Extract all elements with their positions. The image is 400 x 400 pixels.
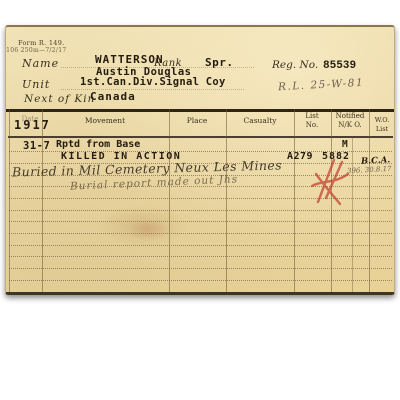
col-line <box>169 109 170 293</box>
next-of-kin-value: Canada <box>90 90 136 103</box>
record-card: Form R. 149. 7106 250m—7/2/17 Reg. No. 8… <box>5 25 395 295</box>
next-of-kin-label: Next of Kin <box>24 93 95 105</box>
col-header-movement: Movement <box>85 116 125 125</box>
row-rule <box>9 221 392 222</box>
col-header-place: Place <box>187 116 208 125</box>
table-header-underline <box>8 136 393 138</box>
stain <box>98 205 188 247</box>
col-line <box>42 109 43 293</box>
row1-notified: M <box>342 139 348 150</box>
file-reference: R.L. 25-W-81 <box>278 77 365 93</box>
row1-movement: Rptd from Base <box>56 139 140 150</box>
unit-label: Unit <box>22 78 50 91</box>
col-line <box>294 109 295 293</box>
col-header-notified-line2: N/K O. <box>336 121 365 130</box>
reg-no-line: Reg. No. 85539 <box>272 53 356 72</box>
col-header-casualty: Casualty <box>243 116 276 125</box>
row-rule <box>9 210 392 211</box>
print-code: 7106 250m—7/2/17 <box>5 47 66 54</box>
reg-no-value: 85539 <box>323 59 356 71</box>
col-line <box>9 109 10 293</box>
col-header-list-line1: List <box>305 112 318 121</box>
year-stamp: 1917 <box>14 118 51 132</box>
col-header-wo-list: W.O. List <box>375 116 390 134</box>
col-header-notified: Notified N/K O. <box>336 112 365 130</box>
unit-value: 1st.Can.Div.Signal Coy <box>80 76 226 88</box>
row-rule <box>9 280 392 281</box>
unit-rule <box>61 89 244 90</box>
row1-date: 31-7 <box>23 140 50 152</box>
col-header-notified-line1: Notified <box>336 112 365 121</box>
stain <box>126 219 171 241</box>
row-rule <box>9 233 392 234</box>
col-header-list-no: List No. <box>305 112 318 130</box>
form-number: Form R. 149. <box>18 39 65 47</box>
col-line <box>226 109 227 293</box>
name-rule <box>61 67 254 68</box>
row-rule <box>9 256 392 257</box>
row-rule <box>9 245 392 246</box>
name-label: Name <box>22 57 59 70</box>
burial-note: Buried in Mil Cemetery Neux Les Mines <box>12 157 282 179</box>
col-header-list-line2: No. <box>305 121 318 130</box>
row-rule <box>9 268 392 269</box>
col-line <box>369 109 370 293</box>
red-initials-mark <box>306 154 354 210</box>
reg-no-label: Reg. No. <box>272 59 318 71</box>
